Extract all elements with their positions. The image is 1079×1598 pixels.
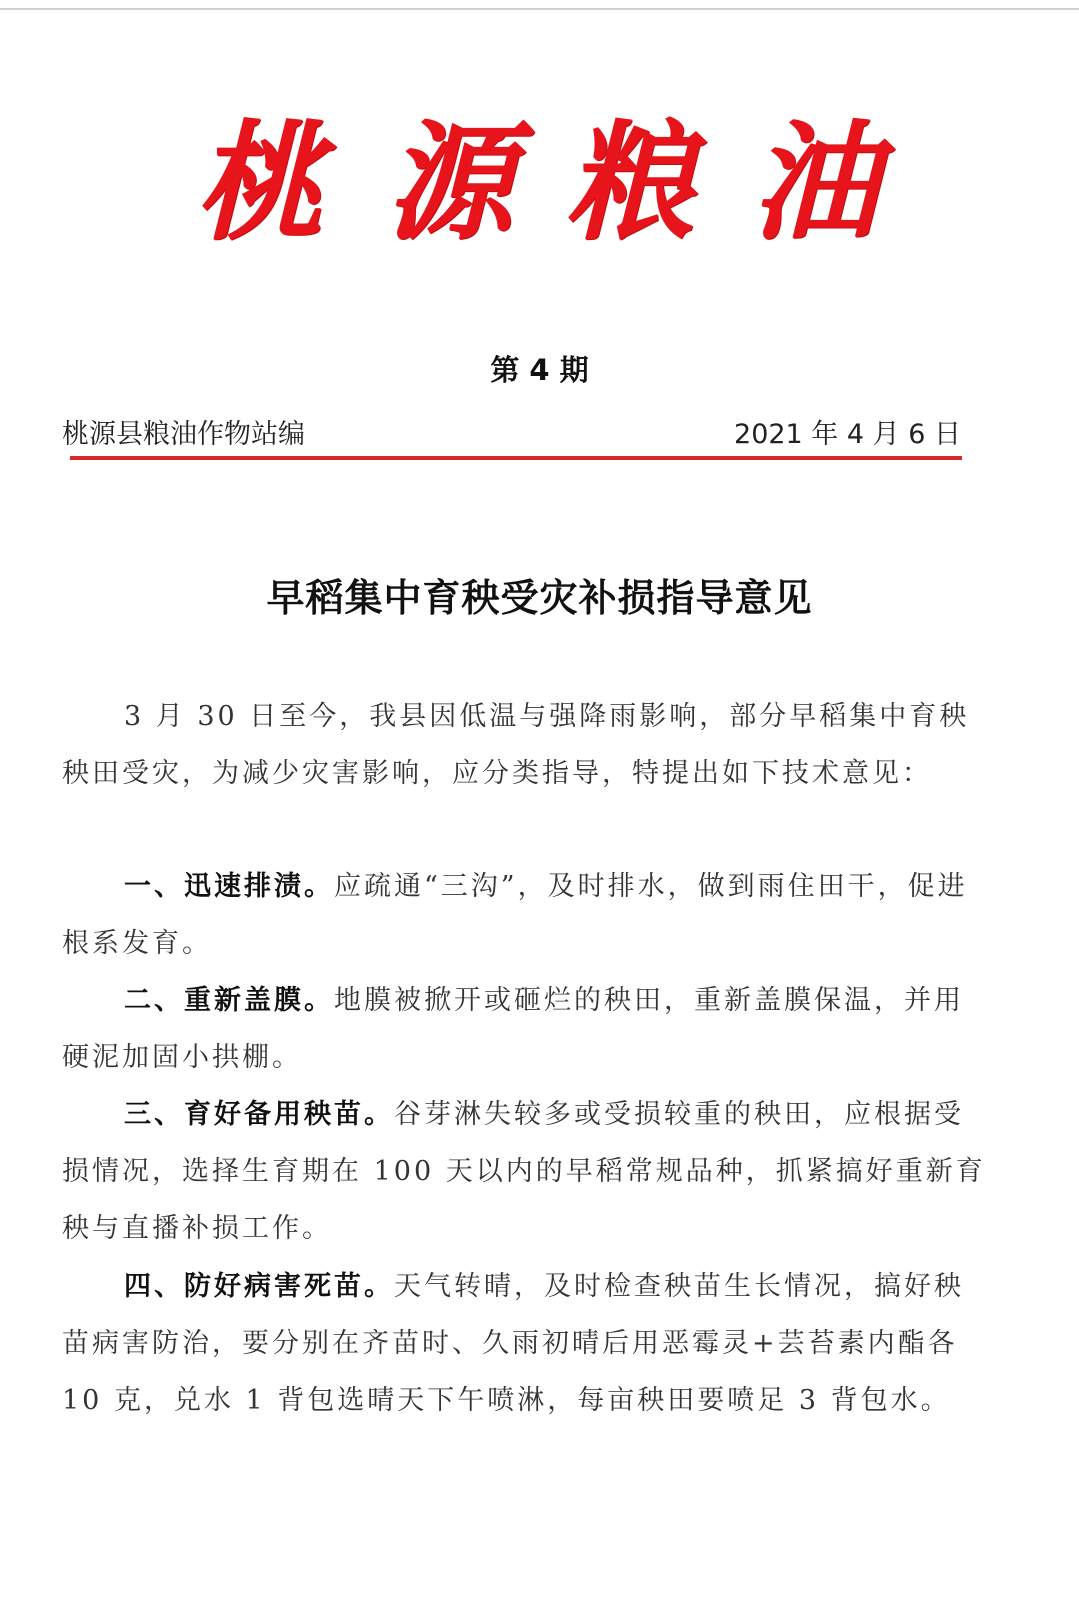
masthead: 桃 源 粮 油 (0, 108, 1079, 258)
issue-number: 第 4 期 (0, 348, 1079, 389)
editor-label: 桃源县粮油作物站编 (62, 412, 305, 451)
section-lead: 四、防好病害死苗。 (124, 1271, 394, 1302)
intro-paragraph: 3 月 30 日至今，我县因低温与强降雨影响，部分早稻集中育秧秧田受灾，为减少灾… (62, 688, 992, 802)
section-lead: 一、迅速排渍。 (124, 871, 334, 902)
section-3: 三、育好备用秧苗。谷芽淋失较多或受损较重的秧田，应根据受损情况，选择生育期在 1… (62, 1086, 992, 1257)
masthead-char: 油 (750, 108, 878, 258)
top-border-line (0, 8, 1079, 10)
section-4: 四、防好病害死苗。天气转晴，及时检查秧苗生长情况，搞好秧苗病害防治，要分别在齐苗… (62, 1258, 992, 1429)
masthead-char: 桃 (195, 108, 323, 258)
publish-date: 2021 年 4 月 6 日 (734, 412, 961, 451)
section-1: 一、迅速排渍。应疏通“三沟”，及时排水，做到雨住田干，促进根系发育。 (62, 858, 992, 972)
section-2: 二、重新盖膜。地膜被掀开或砸烂的秧田，重新盖膜保温，并用硬泥加固小拱棚。 (62, 972, 992, 1086)
section-lead: 三、育好备用秧苗。 (124, 1099, 394, 1130)
section-lead: 二、重新盖膜。 (124, 985, 334, 1016)
masthead-char: 粮 (565, 108, 693, 258)
red-divider (70, 456, 962, 460)
masthead-char: 源 (385, 108, 513, 258)
document-title: 早稻集中育秧受灾补损指导意见 (0, 567, 1079, 622)
intro-text: 3 月 30 日至今，我县因低温与强降雨影响，部分早稻集中育秧秧田受灾，为减少灾… (62, 701, 969, 789)
